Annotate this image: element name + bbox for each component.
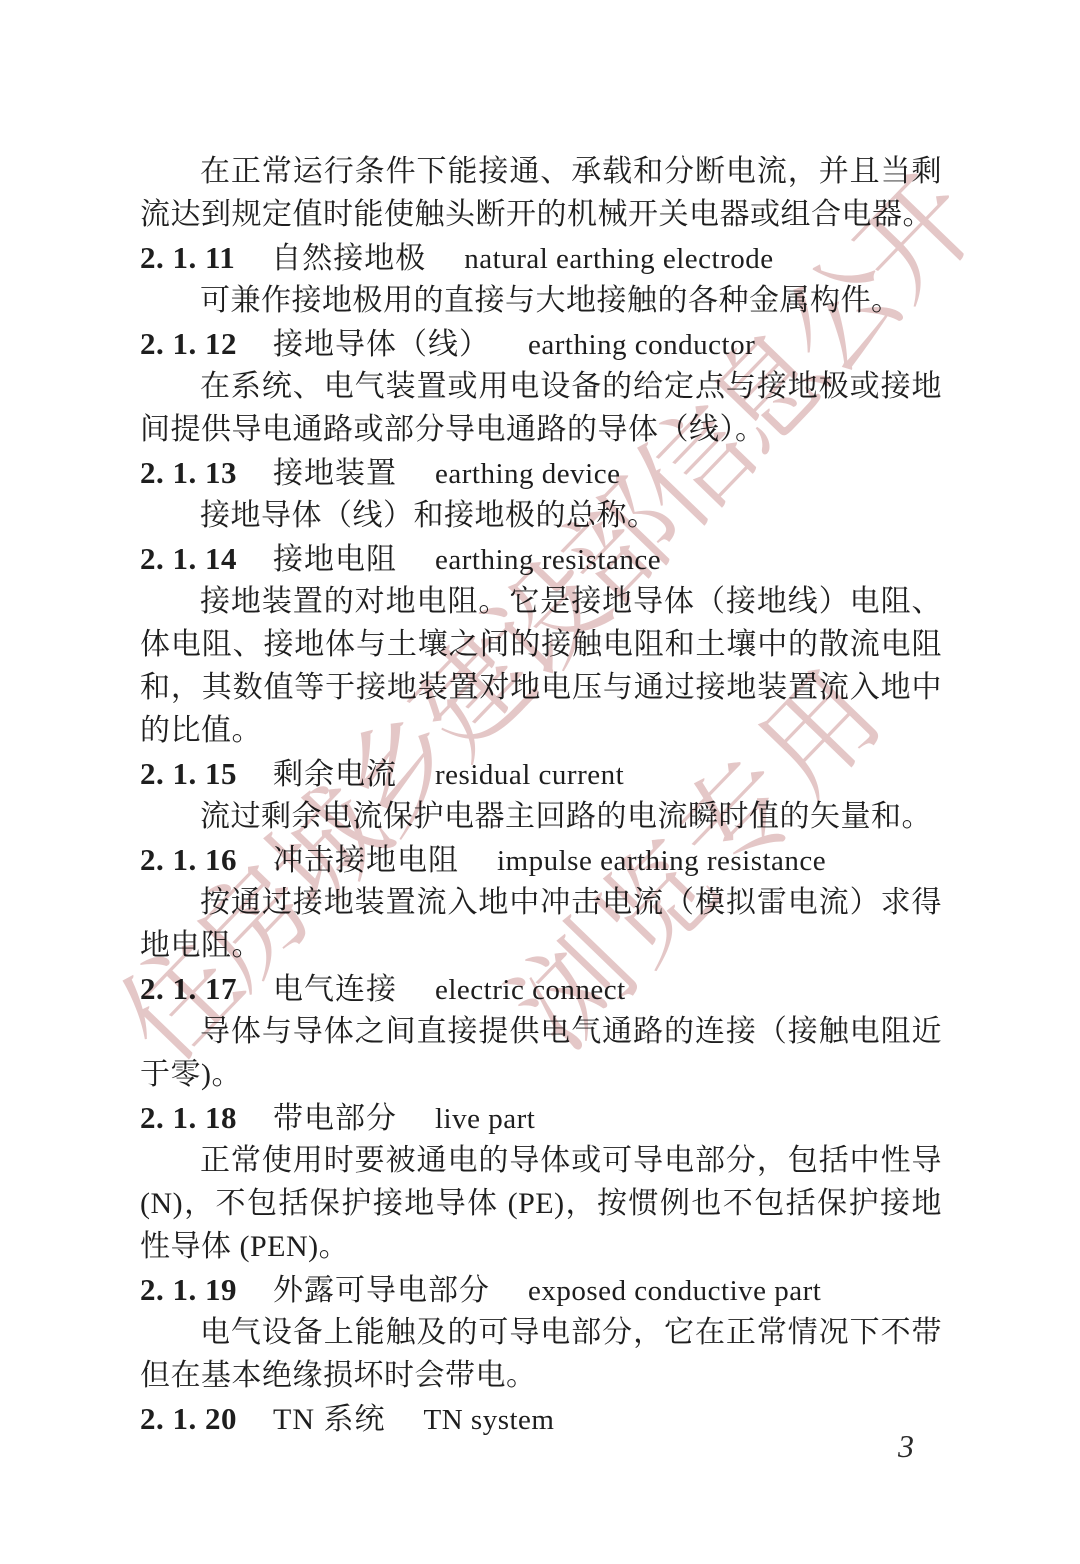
definition-line: 正常使用时要被通电的导体或可导电部分，包括中性导体 (140, 1139, 942, 1182)
entry-term-en: live part (435, 1103, 535, 1135)
entry-heading: 2. 1. 13接地装置earthing device (140, 451, 942, 494)
definition-line: 流过剩余电流保护电器主回路的电流瞬时值的矢量和。 (140, 795, 942, 838)
entry-term-cn: 电气连接 (273, 973, 397, 1006)
entry-term-cn: 剩余电流 (273, 758, 397, 791)
definition-line: 在系统、电气装置或用电设备的给定点与接地极或接地网之 (140, 365, 942, 408)
page-number: 3 (898, 1428, 914, 1465)
definition-line: 地电阻。 (140, 924, 942, 967)
definition-line: 但在基本绝缘损坏时会带电。 (140, 1354, 942, 1397)
definition-line: 间提供导电通路或部分导电通路的导体（线）。 (140, 408, 942, 451)
text-column: 在正常运行条件下能接通、承载和分断电流，并且当剩余电流达到规定值时能使触头断开的… (140, 150, 942, 1440)
definition-line: 电气设备上能触及的可导电部分，它在正常情况下不带电， (140, 1311, 942, 1354)
definition-line: 按通过接地装置流入地中冲击电流（模拟雷电流）求得的接 (140, 881, 942, 924)
entry-term-cn: 自然接地极 (271, 242, 426, 275)
definition-line: 接地导体（线）和接地极的总称。 (140, 494, 942, 537)
entry-heading: 2. 1. 18带电部分live part (140, 1096, 942, 1139)
entry-term-en: earthing device (435, 458, 620, 490)
entry-number: 2. 1. 15 (140, 756, 237, 791)
entry-heading: 2. 1. 19外露可导电部分exposed conductive part (140, 1268, 942, 1311)
entry-number: 2. 1. 11 (140, 240, 235, 275)
paragraph-line: 在正常运行条件下能接通、承载和分断电流，并且当剩余电 (140, 150, 942, 193)
definition-line: 可兼作接地极用的直接与大地接触的各种金属构件。 (140, 279, 942, 322)
entry-heading: 2. 1. 16冲击接地电阻impulse earthing resistanc… (140, 838, 942, 881)
entry-number: 2. 1. 16 (140, 842, 237, 877)
entry-term-cn: 带电部分 (273, 1102, 397, 1135)
entry-term-cn: 冲击接地电阻 (273, 844, 459, 877)
definition-line: 于零)。 (140, 1053, 942, 1096)
entry-term-en: residual current (435, 759, 624, 791)
entry-number: 2. 1. 19 (140, 1272, 237, 1307)
definition-line: (N)，不包括保护接地导体 (PE)，按惯例也不包括保护接地中 (140, 1182, 942, 1225)
entry-term-en: TN system (424, 1404, 555, 1436)
entry-number: 2. 1. 17 (140, 971, 237, 1006)
definition-line: 接地装置的对地电阻。它是接地导体（接地线）电阻、接地 (140, 580, 942, 623)
entry-number: 2. 1. 13 (140, 455, 237, 490)
entry-term-en: earthing resistance (435, 544, 661, 576)
entry-heading: 2. 1. 12接地导体（线）earthing conductor (140, 322, 942, 365)
entry-number: 2. 1. 12 (140, 326, 237, 361)
entry-number: 2. 1. 20 (140, 1401, 237, 1436)
entry-term-en: impulse earthing resistance (497, 845, 826, 877)
entry-term-en: electric connect (435, 974, 626, 1006)
entry-heading: 2. 1. 14接地电阻earthing resistance (140, 537, 942, 580)
entry-term-cn: 外露可导电部分 (273, 1274, 490, 1307)
document-page: 住房城乡建设部信息公开 浏览专用 在正常运行条件下能接通、承载和分断电流，并且当… (0, 0, 1080, 1564)
entry-number: 2. 1. 14 (140, 541, 237, 576)
entry-heading: 2. 1. 17电气连接electric connect (140, 967, 942, 1010)
entry-term-cn: TN 系统 (273, 1403, 386, 1436)
definition-line: 性导体 (PEN)。 (140, 1225, 942, 1268)
definition-line: 体电阻、接地体与土壤之间的接触电阻和土壤中的散流电阻之 (140, 623, 942, 666)
definition-line: 的比值。 (140, 709, 942, 752)
entry-heading: 2. 1. 20TN 系统TN system (140, 1397, 942, 1440)
entry-term-cn: 接地装置 (273, 457, 397, 490)
entry-number: 2. 1. 18 (140, 1100, 237, 1135)
entry-term-cn: 接地电阻 (273, 543, 397, 576)
entry-term-en: exposed conductive part (528, 1275, 821, 1307)
paragraph-line: 流达到规定值时能使触头断开的机械开关电器或组合电器。 (140, 193, 942, 236)
entry-term-en: natural earthing electrode (464, 243, 773, 275)
definition-line: 导体与导体之间直接提供电气通路的连接（接触电阻近似 (140, 1010, 942, 1053)
entry-term-cn: 接地导体（线） (273, 328, 490, 361)
entry-heading: 2. 1. 11自然接地极natural earthing electrode (140, 236, 942, 279)
entry-term-en: earthing conductor (528, 329, 755, 361)
entry-heading: 2. 1. 15剩余电流residual current (140, 752, 942, 795)
definition-line: 和，其数值等于接地装置对地电压与通过接地装置流入地中电流 (140, 666, 942, 709)
